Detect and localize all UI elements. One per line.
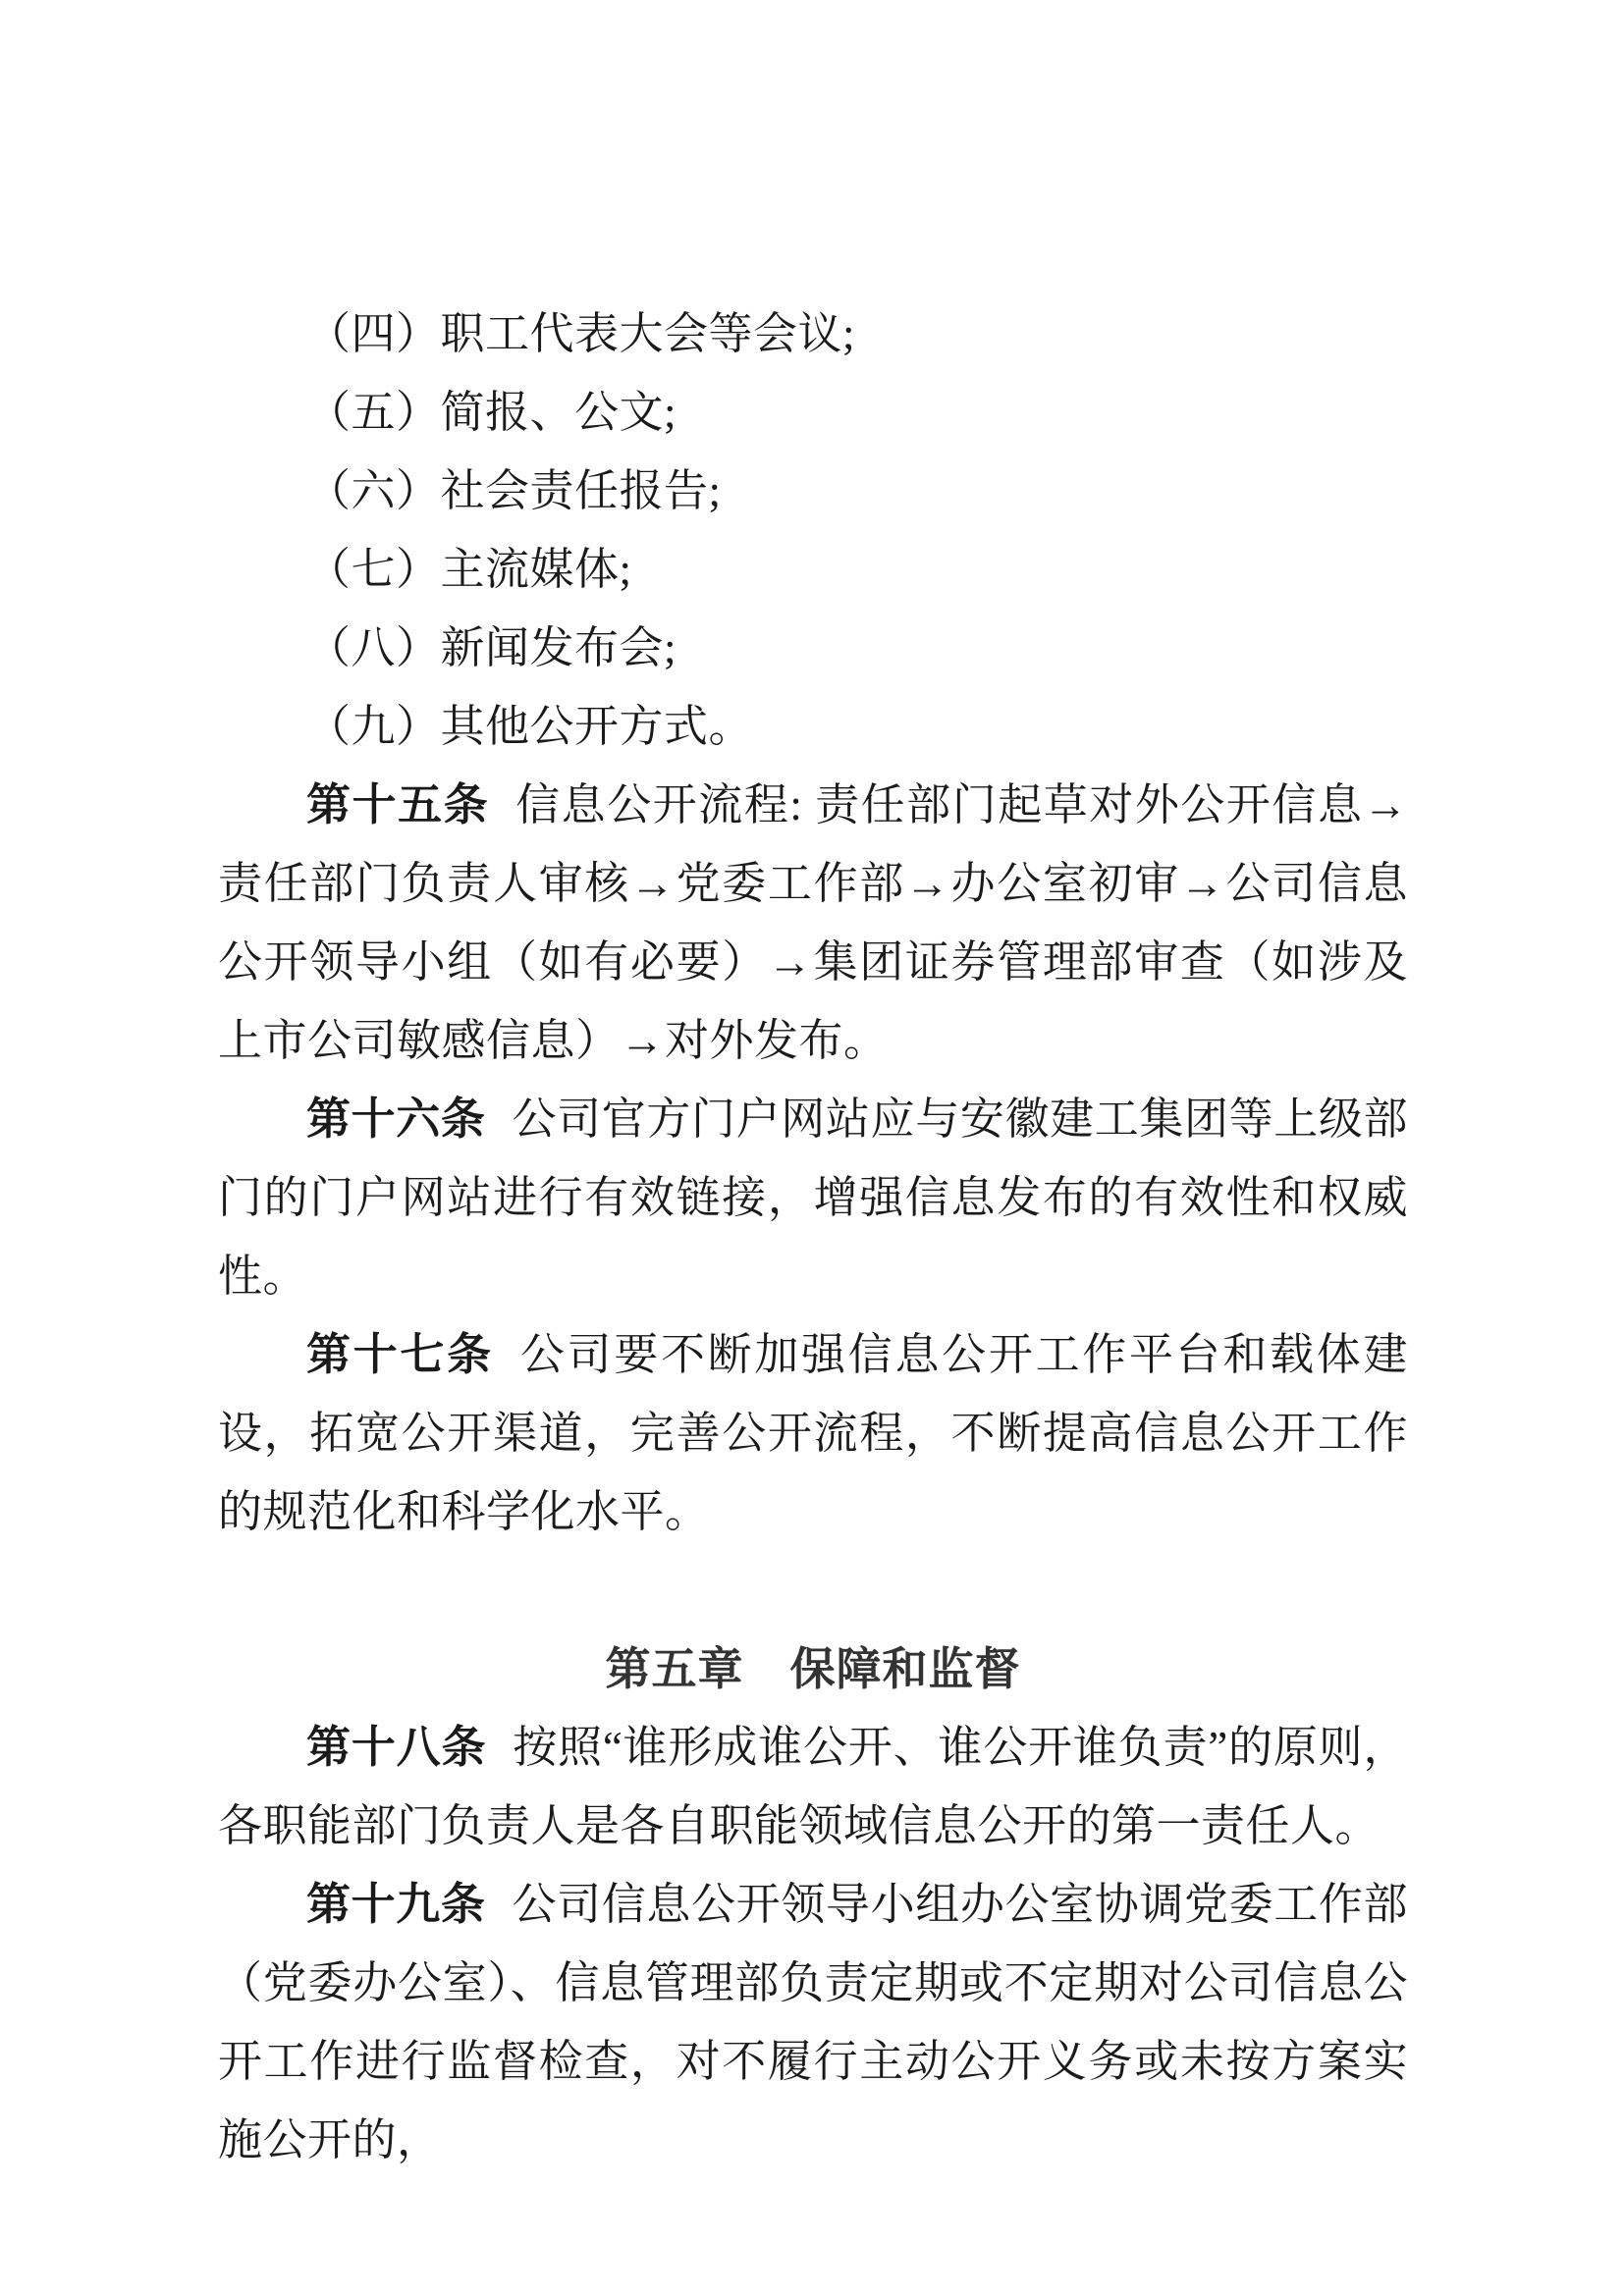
article-number-label: 第十六条 <box>306 1094 486 1144</box>
paragraph-text: （七）主流媒体; <box>306 545 632 594</box>
article-number-label: 第十七条 <box>306 1329 494 1379</box>
article-number-label: 第十八条 <box>306 1722 486 1772</box>
article-number-label: 第十五条 <box>306 779 489 829</box>
paragraph-text: （六）社会责任报告; <box>306 466 722 515</box>
article-paragraph: 第十八条按照“谁形成谁公开、谁公开谁负责”的原则，各职能部门负责人是各自职能领域… <box>218 1708 1408 1865</box>
article-paragraph: 第十五条信息公开流程: 责任部门起草对外公开信息→责任部门负责人审核→党委工作部… <box>218 766 1408 1080</box>
paragraph-text: （五）简报、公文; <box>306 388 677 437</box>
document-page: （四）职工代表大会等会议;（五）简报、公文;（六）社会责任报告;（七）主流媒体;… <box>0 0 1624 2296</box>
article-paragraph: 第十七条公司要不断加强信息公开工作平台和载体建设，拓宽公开渠道，完善公开流程，不… <box>218 1315 1408 1551</box>
list-item-paragraph: （五）简报、公文; <box>218 373 1408 452</box>
list-item-paragraph: （八）新闻发布会; <box>218 609 1408 687</box>
list-item-paragraph: （四）职工代表大会等会议; <box>218 294 1408 373</box>
list-item-paragraph: （九）其他公开方式。 <box>218 687 1408 766</box>
paragraph-text: （八）新闻发布会; <box>306 623 677 672</box>
chapter-heading: 第五章 保障和监督 <box>218 1629 1408 1708</box>
article-number-label: 第十九条 <box>306 1879 486 1929</box>
paragraph-text: （九）其他公开方式。 <box>306 702 753 751</box>
document-content: （四）职工代表大会等会议;（五）简报、公文;（六）社会责任报告;（七）主流媒体;… <box>218 294 1408 2179</box>
paragraph-text: （四）职工代表大会等会议; <box>306 309 855 358</box>
article-paragraph: 第十九条公司信息公开领导小组办公室协调党委工作部（党委办公室）、信息管理部负责定… <box>218 1865 1408 2179</box>
list-item-paragraph: （七）主流媒体; <box>218 530 1408 609</box>
article-paragraph: 第十六条公司官方门户网站应与安徽建工集团等上级部门的门户网站进行有效链接，增强信… <box>218 1080 1408 1315</box>
list-item-paragraph: （六）社会责任报告; <box>218 452 1408 530</box>
